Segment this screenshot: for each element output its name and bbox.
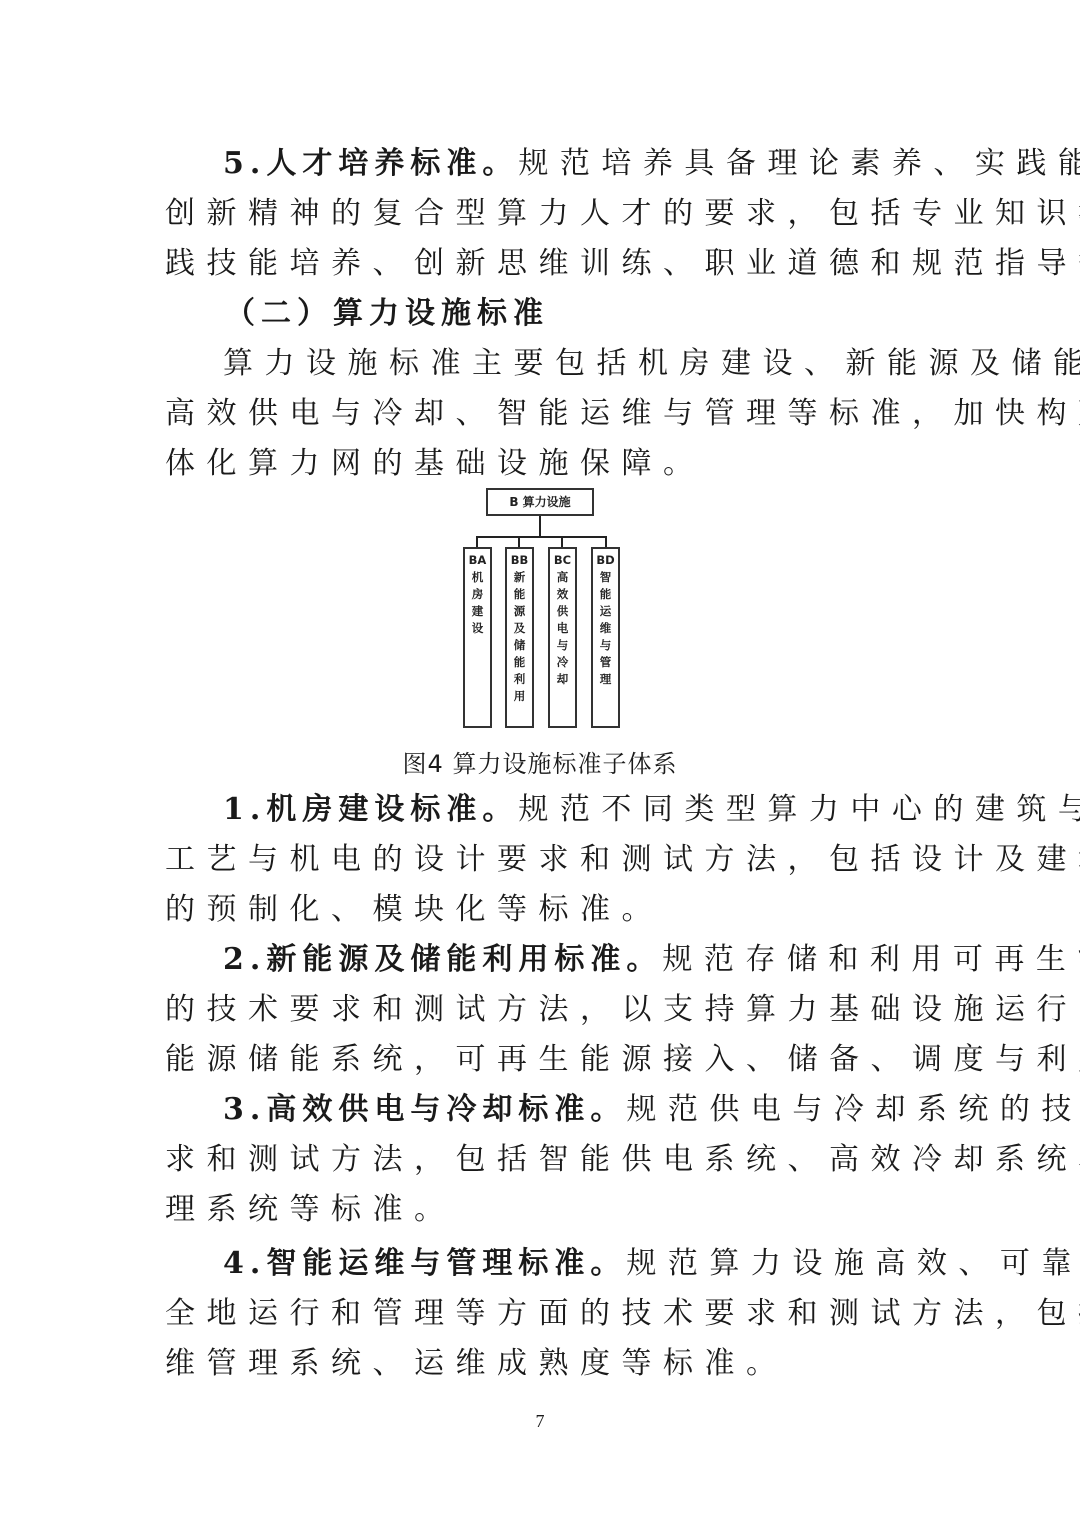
talent-standard-para-line-3: 践技能培养、创新思维训练、职业道德和规范指导等标准。 (165, 246, 1080, 282)
intro-line-1: 算力设施标准主要包括机房建设、新能源及储能利用、 (223, 346, 1080, 382)
intro-line-3: 体化算力网的基础设施保障。 (165, 446, 705, 482)
item-4-line-1: 4.智能运维与管理标准。规范算力设施高效、可靠、安 (223, 1246, 1080, 1282)
diagram-root-node: B 算力设施 (486, 488, 594, 516)
item-1-line-1: 1.机房建设标准。规范不同类型算力中心的建筑与结构、 (223, 792, 1080, 828)
item-1-line-2: 工艺与机电的设计要求和测试方法，包括设计及建筑、设备 (165, 842, 1080, 878)
item-2-line-2: 的技术要求和测试方法，以支持算力基础设施运行，包括新 (165, 992, 1080, 1028)
item-4-title: 4.智能运维与管理标准。 (223, 1246, 626, 1281)
item-3-line-1: 3.高效供电与冷却标准。规范供电与冷却系统的技术要 (223, 1092, 1080, 1128)
item-4-line-3: 维管理系统、运维成熟度等标准。 (165, 1346, 788, 1382)
section-heading-computing-facilities: （二）算力设施标准 (225, 296, 549, 332)
diagram-node-ba: BA 机 房 建 设 (463, 547, 492, 728)
item-4-line-2: 全地运行和管理等方面的技术要求和测试方法，包括智能运 (165, 1296, 1080, 1332)
talent-standard-para-line-2: 创新精神的复合型算力人才的要求，包括专业知识教育、实 (165, 196, 1080, 232)
diagram-node-bb: BB 新 能 源 及 储 能 利 用 (505, 547, 534, 728)
item-2-title: 2.新能源及储能利用标准。 (223, 942, 662, 977)
talent-standard-title: 5.人才培养标准。 (223, 146, 518, 181)
connector-line (539, 516, 541, 537)
item-2-line-3: 能源储能系统，可再生能源接入、储备、调度与利用等标准。 (165, 1042, 1080, 1078)
standards-tree-diagram: B 算力设施 BA 机 房 建 设 BB 新 能 源 及 储 能 利 用 BC … (460, 488, 620, 728)
item-1-title: 1.机房建设标准。 (223, 792, 518, 827)
intro-line-2: 高效供电与冷却、智能运维与管理等标准，加快构建全国一 (165, 396, 1080, 432)
item-1-line-3: 的预制化、模块化等标准。 (165, 892, 663, 928)
figure-caption: 图4 算力设施标准子体系 (0, 744, 1080, 779)
connector-line (476, 536, 607, 538)
page-number: 7 (0, 1411, 1080, 1432)
item-3-line-3: 理系统等标准。 (165, 1192, 456, 1228)
talent-standard-para-line-1: 5.人才培养标准。规范培养具备理论素养、实践能力和 (223, 146, 1080, 182)
diagram-node-bd: BD 智 能 运 维 与 管 理 (591, 547, 620, 728)
diagram-node-bc: BC 高 效 供 电 与 冷 却 (548, 547, 577, 728)
item-3-line-2: 求和测试方法，包括智能供电系统、高效冷却系统、能源管 (165, 1142, 1080, 1178)
item-2-line-1: 2.新能源及储能利用标准。规范存储和利用可再生能源 (223, 942, 1080, 978)
item-3-title: 3.高效供电与冷却标准。 (223, 1092, 626, 1127)
